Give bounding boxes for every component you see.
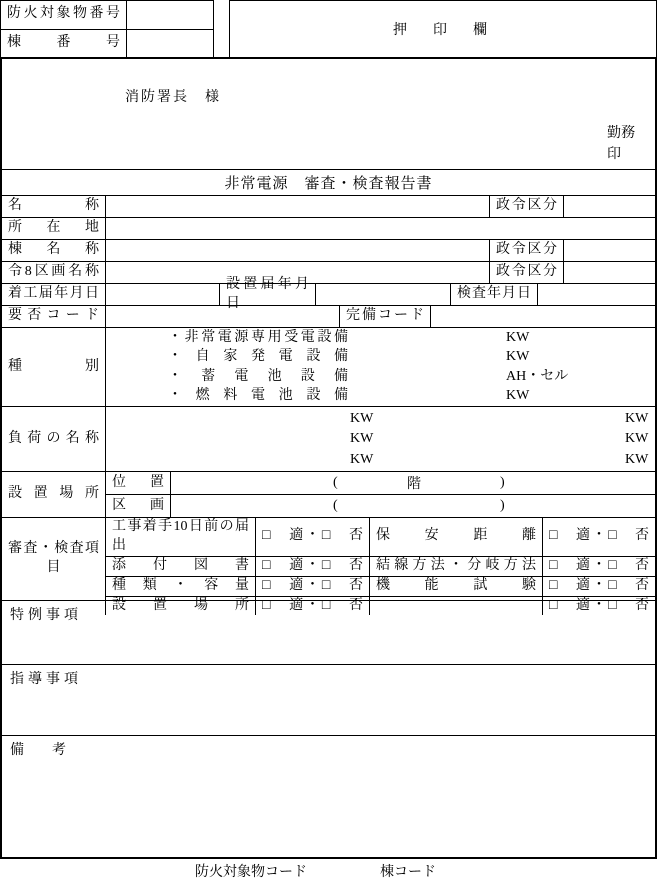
division-row: 区画 ( ) xyxy=(105,494,655,517)
building-name-label: 棟名称 xyxy=(2,241,105,260)
audit-item-label: 工事着手10日前の届出 xyxy=(106,518,255,556)
type-item: ・非常電源専用受電設備 KW xyxy=(106,329,655,347)
fire-object-number-input[interactable] xyxy=(127,1,213,29)
building-number-row: 棟番号 xyxy=(1,29,213,58)
position-row: 位置 ( 階 ) xyxy=(105,472,655,494)
paren-open: ( xyxy=(333,498,338,514)
audit-label-cell: 審査・検査項目 xyxy=(2,518,105,600)
rei8-section-row: 令8区画名称 政令区分 xyxy=(2,261,655,283)
audit-check-cell[interactable]: □ 適・□ 否 xyxy=(255,518,369,556)
building-name-input[interactable] xyxy=(105,240,489,261)
name-input[interactable] xyxy=(105,196,489,217)
inspect-date-label-cell: 検査年月日 xyxy=(450,284,537,305)
install-date-input[interactable] xyxy=(315,284,450,305)
addressee-block: 消防署長 様 勤務 印 xyxy=(2,59,655,169)
audit-check-cell[interactable]: □ 適・□ 否 xyxy=(542,577,655,596)
building-number-label-cell: 棟番号 xyxy=(1,30,127,58)
seal-column-label: 押 印 欄 xyxy=(393,19,493,39)
audit-item-cell: 結線方法・分岐方法 xyxy=(369,557,542,576)
pass-fail-checkboxes: □ 適・□ 否 xyxy=(543,527,655,546)
building-number-label: 棟番号 xyxy=(1,34,126,53)
name-seirei-input[interactable] xyxy=(563,196,655,217)
seal-column-box[interactable]: 押 印 欄 xyxy=(229,0,657,58)
load-right-unit: KW xyxy=(625,410,648,428)
seirei-label: 政令区分 xyxy=(490,241,563,260)
audit-item-cell: 機能試験 xyxy=(369,577,542,596)
inspect-date-input[interactable] xyxy=(537,284,655,305)
rei8-label: 令8区画名称 xyxy=(2,263,105,282)
audit-check-cell[interactable]: □ 適・□ 否 xyxy=(255,577,369,596)
remarks-label: 備 考 xyxy=(10,739,66,759)
start-date-label: 着工届年月日 xyxy=(2,285,105,304)
load-lines-cell[interactable]: KW KW KW KW KW KW xyxy=(105,407,655,471)
location-section-row: 設置場所 位置 ( 階 ) 区画 xyxy=(2,471,655,517)
seirei-label: 政令区分 xyxy=(490,197,563,216)
kanbi-code-input[interactable] xyxy=(430,306,655,327)
audit-item-label: 結線方法・分岐方法 xyxy=(370,557,542,576)
audit-row: 種類・容量 □ 適・□ 否 機能試験 □ 適・□ 否 xyxy=(105,576,655,596)
name-row: 名称 政令区分 xyxy=(2,195,655,217)
name-label-cell: 名称 xyxy=(2,196,105,217)
load-line: KW KW xyxy=(106,451,655,469)
audit-section-row: 審査・検査項目 工事着手10日前の届出 □ 適・□ 否 保安距離 □ 適・□ 否… xyxy=(2,517,655,600)
position-input[interactable]: ( 階 ) xyxy=(170,472,655,494)
load-line: KW KW xyxy=(106,430,655,448)
division-input[interactable]: ( ) xyxy=(170,495,655,517)
inspect-date-label: 検査年月日 xyxy=(451,285,537,304)
audit-label: 審査・検査項目 xyxy=(2,540,105,578)
fire-object-code-label: 防火対象物コード xyxy=(195,861,307,879)
install-date-label-cell: 設置届年月日 xyxy=(219,284,315,305)
type-label-cell: 種別 xyxy=(2,328,105,406)
load-label-cell: 負荷の名称 xyxy=(2,407,105,471)
address-input[interactable] xyxy=(105,218,655,239)
audit-row: 添付図書 □ 適・□ 否 結線方法・分岐方法 □ 適・□ 否 xyxy=(105,556,655,576)
type-label: 種別 xyxy=(2,358,105,377)
start-date-input[interactable] xyxy=(105,284,219,305)
duty-label: 勤務 xyxy=(607,123,635,144)
start-date-label-cell: 着工届年月日 xyxy=(2,284,105,305)
codes-row: 要否コード 完備コード xyxy=(2,305,655,327)
duty-seal-block: 勤務 印 xyxy=(607,123,635,165)
audit-subtable: 工事着手10日前の届出 □ 適・□ 否 保安距離 □ 適・□ 否 添付図書 □ … xyxy=(105,518,655,600)
audit-item-label: 種類・容量 xyxy=(106,577,255,596)
report-form-page: 防火対象物番号 棟番号 押 印 欄 消防署長 様 勤務 印 非常電源 審査・検査… xyxy=(0,0,657,879)
building-seirei-input[interactable] xyxy=(563,240,655,261)
address-label: 所在地 xyxy=(2,219,105,238)
type-item-unit: KW xyxy=(506,348,529,366)
pass-fail-checkboxes: □ 適・□ 否 xyxy=(543,577,655,596)
rei8-label-cell: 令8区画名称 xyxy=(2,262,105,283)
pass-fail-checkboxes: □ 適・□ 否 xyxy=(543,557,655,576)
audit-item-label: 機能試験 xyxy=(370,577,542,596)
position-label-cell: 位置 xyxy=(105,472,170,494)
audit-item-label: 添付図書 xyxy=(106,557,255,576)
load-line: KW KW xyxy=(106,410,655,428)
load-label: 負荷の名称 xyxy=(2,430,105,449)
dates-row: 着工届年月日 設置届年月日 検査年月日 xyxy=(2,283,655,305)
audit-item-cell: 工事着手10日前の届出 xyxy=(105,518,255,556)
type-item-name: ・燃料電池設備 xyxy=(168,387,348,405)
fire-chief-addressee: 消防署長 様 xyxy=(125,86,221,106)
type-item-name: ・非常電源専用受電設備 xyxy=(168,329,348,347)
seirei-label: 政令区分 xyxy=(490,263,563,282)
load-mid-unit: KW xyxy=(350,410,373,428)
pass-fail-checkboxes: □ 適・□ 否 xyxy=(256,527,369,546)
building-number-input[interactable] xyxy=(127,30,213,58)
location-subtable: 位置 ( 階 ) 区画 ( ) xyxy=(105,472,655,517)
guidance-matters-label: 指導事項 xyxy=(10,668,82,688)
rei8-seirei-label-cell: 政令区分 xyxy=(489,262,563,283)
fire-object-number-label-cell: 防火対象物番号 xyxy=(1,1,127,29)
fire-object-number-row: 防火対象物番号 xyxy=(1,1,213,29)
address-label-cell: 所在地 xyxy=(2,218,105,239)
pass-fail-checkboxes: □ 適・□ 否 xyxy=(256,577,369,596)
guidance-matters-area[interactable]: 指導事項 xyxy=(2,664,655,735)
audit-check-cell[interactable]: □ 適・□ 否 xyxy=(542,518,655,556)
kanbi-code-label-cell: 完備コード xyxy=(339,306,430,327)
location-label: 設置場所 xyxy=(2,485,105,504)
building-seirei-label-cell: 政令区分 xyxy=(489,240,563,261)
seal-label: 印 xyxy=(607,144,635,165)
location-label-cell: 設置場所 xyxy=(2,472,105,517)
audit-item-cell: 保安距離 xyxy=(369,518,542,556)
audit-item-cell: 種類・容量 xyxy=(105,577,255,596)
pass-fail-checkboxes: □ 適・□ 否 xyxy=(256,557,369,576)
type-section-row: 種別 ・非常電源専用受電設備 KW ・自家発電設備 KW ・蓄電池設備 AH・セ… xyxy=(2,327,655,406)
paren-close: ) xyxy=(500,475,505,491)
building-code-label: 棟コード xyxy=(380,861,436,879)
position-label: 位置 xyxy=(106,474,170,493)
type-item: ・自家発電設備 KW xyxy=(106,348,655,366)
special-provisions-label: 特例事項 xyxy=(10,604,82,624)
type-item: ・蓄電池設備 AH・セル xyxy=(106,368,655,386)
division-label: 区画 xyxy=(106,497,170,516)
audit-check-cell[interactable]: □ 適・□ 否 xyxy=(255,557,369,576)
type-items-cell[interactable]: ・非常電源専用受電設備 KW ・自家発電設備 KW ・蓄電池設備 AH・セル ・… xyxy=(105,328,655,406)
type-item: ・燃料電池設備 KW xyxy=(106,387,655,405)
type-item-unit: KW xyxy=(506,329,529,347)
audit-check-cell[interactable]: □ 適・□ 否 xyxy=(542,557,655,576)
address-row: 所在地 xyxy=(2,217,655,239)
name-seirei-label-cell: 政令区分 xyxy=(489,196,563,217)
report-form: 消防署長 様 勤務 印 非常電源 審査・検査報告書 名称 政令区分 所在地 xyxy=(0,57,657,859)
yohi-code-label: 要否コード xyxy=(2,307,105,326)
form-title-row: 非常電源 審査・検査報告書 xyxy=(2,169,655,195)
paren-close: ) xyxy=(500,498,505,514)
type-item-unit: AH・セル xyxy=(506,368,568,386)
floor-label: 階 xyxy=(407,473,421,493)
yohi-code-label-cell: 要否コード xyxy=(2,306,105,327)
rei8-seirei-input[interactable] xyxy=(563,262,655,283)
audit-row: 工事着手10日前の届出 □ 適・□ 否 保安距離 □ 適・□ 否 xyxy=(105,518,655,556)
paren-open: ( xyxy=(333,475,338,491)
kanbi-code-label: 完備コード xyxy=(340,307,430,326)
audit-item-label: 保安距離 xyxy=(370,527,542,546)
load-mid-unit: KW xyxy=(350,430,373,448)
name-label: 名称 xyxy=(2,197,105,216)
building-name-row: 棟名称 政令区分 xyxy=(2,239,655,261)
load-section-row: 負荷の名称 KW KW KW KW KW KW xyxy=(2,406,655,471)
remarks-area[interactable]: 備 考 xyxy=(2,735,655,857)
type-item-name: ・蓄電池設備 xyxy=(168,368,348,386)
building-name-label-cell: 棟名称 xyxy=(2,240,105,261)
type-item-name: ・自家発電設備 xyxy=(168,348,348,366)
division-label-cell: 区画 xyxy=(105,495,170,517)
load-right-unit: KW xyxy=(625,430,648,448)
form-title: 非常電源 審査・検査報告書 xyxy=(224,172,432,193)
load-mid-unit: KW xyxy=(350,451,373,469)
yohi-code-input[interactable] xyxy=(105,306,339,327)
type-item-unit: KW xyxy=(506,387,529,405)
special-provisions-area[interactable]: 特例事項 xyxy=(2,600,655,664)
load-right-unit: KW xyxy=(625,451,648,469)
audit-item-cell: 添付図書 xyxy=(105,557,255,576)
fire-object-number-label: 防火対象物番号 xyxy=(1,5,126,24)
header-number-table: 防火対象物番号 棟番号 xyxy=(0,0,214,58)
